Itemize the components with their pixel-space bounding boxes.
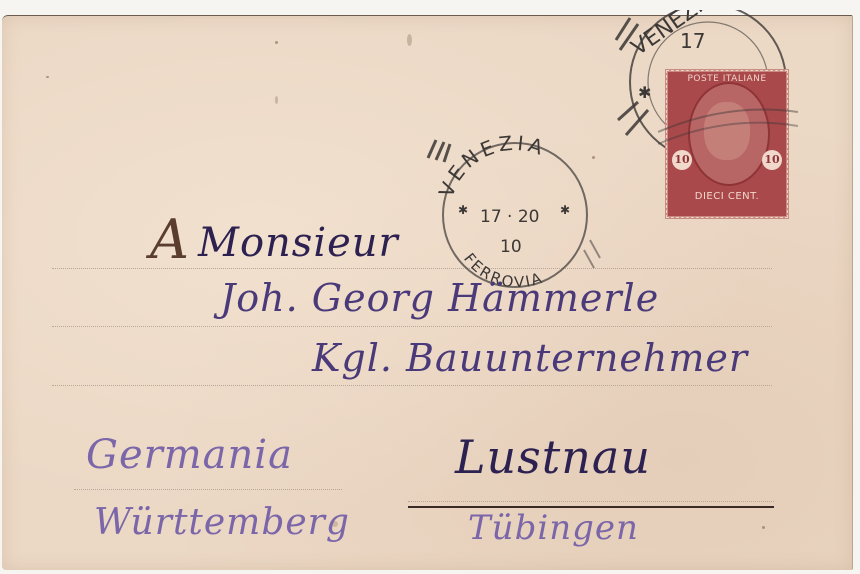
stamp-top-text: POSTE ITALIANE: [668, 74, 786, 84]
stamp-value-right: 10: [762, 150, 782, 170]
svg-text:✱: ✱: [458, 203, 468, 217]
foxing-spot: [46, 76, 49, 78]
recipient-town: Lustnau: [455, 430, 651, 484]
recipient-state: Württemberg: [94, 502, 350, 543]
svg-text:✱: ✱: [638, 83, 651, 102]
foxing-spot: [275, 96, 278, 104]
postmark-day: 17: [680, 29, 705, 53]
stamp-value-left: 10: [672, 150, 692, 170]
foxing-spot: [762, 526, 765, 529]
salutation-prefix: A: [150, 208, 190, 271]
recipient-country: Germania: [86, 432, 293, 478]
salutation: Monsieur: [198, 220, 399, 266]
svg-text:✱: ✱: [560, 203, 570, 217]
foxing-spot: [275, 41, 278, 44]
foxing-spot: [407, 34, 412, 46]
recipient-name: Joh. Georg Hämmerle: [220, 276, 659, 320]
cancellation-lines: [658, 92, 798, 152]
stamp-bottom-text: DIECI CENT.: [668, 191, 786, 202]
address-line-3: [52, 385, 772, 386]
postmark-date: 17 · 20: [480, 207, 539, 227]
recipient-district: Tübingen: [468, 508, 639, 548]
address-line-4-left: [74, 489, 342, 490]
recipient-title: Kgl. Bauunternehmer: [312, 336, 748, 380]
address-line-2: [52, 326, 772, 327]
postmark-city: VENEZIA: [434, 131, 550, 201]
postmark-city: VENEZIA: [627, 10, 720, 61]
address-line-4-right: [408, 501, 774, 502]
postmark-hour: 10: [500, 237, 522, 257]
svg-text:VENEZIA: VENEZIA: [434, 131, 550, 201]
postage-stamp: POSTE ITALIANE 10 10 DIECI CENT.: [668, 72, 786, 216]
